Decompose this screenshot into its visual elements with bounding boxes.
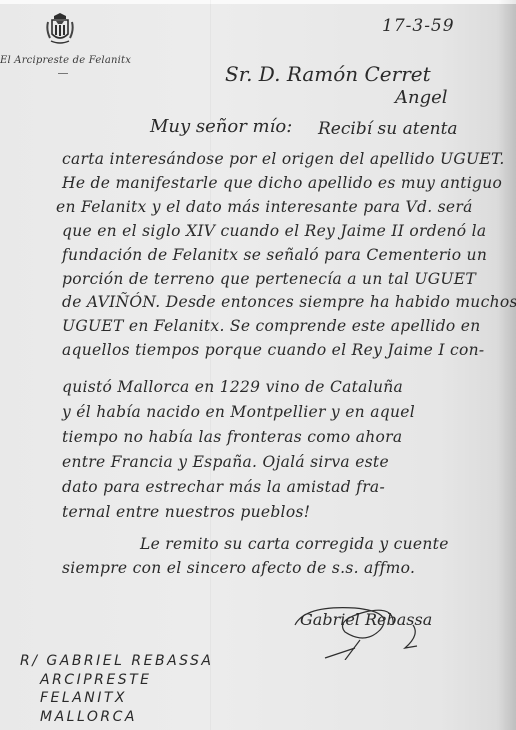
- body-line: entre Francia y España. Ojalá sirva este: [62, 453, 389, 471]
- body-line: UGUET en Felanitx. Se comprende este ape…: [62, 317, 481, 335]
- body-line: carta interesándose por el origen del ap…: [62, 150, 505, 168]
- letter-page: El Arcipreste de Felanitx 17-3-59 Sr. D.…: [0, 0, 516, 730]
- body-line: fundación de Felanitx se señaló para Cem…: [62, 246, 487, 264]
- letterhead-text: El Arcipreste de Felanitx: [0, 55, 131, 66]
- scan-edge-shadow: [498, 0, 516, 730]
- addressee-name: Sr. D. Ramón Cerret: [225, 62, 431, 86]
- paper-fold: [210, 0, 211, 730]
- sender-line: GABRIEL REBASSA: [46, 653, 213, 669]
- sender-block: R/ GABRIEL REBASSA ARCIPRESTE FELANITX M…: [20, 652, 214, 726]
- body-line: He de manifestarle que dicho apellido es…: [62, 174, 502, 192]
- salutation: Muy señor mío:: [150, 116, 292, 137]
- body-line: Recibí su atenta: [318, 119, 458, 139]
- letter-date: 17-3-59: [382, 16, 455, 36]
- body-line: que en el siglo XIV cuando el Rey Jaime …: [62, 222, 486, 240]
- closing-line: Le remito su carta corregida y cuente: [140, 535, 449, 553]
- body-line: quistó Mallorca en 1229 vino de Cataluña: [62, 378, 403, 396]
- body-line: de AVIÑÓN. Desde entonces siempre ha hab…: [62, 293, 516, 311]
- body-line: en Felanitx y el dato más interesante pa…: [56, 198, 473, 216]
- body-line: aquellos tiempos porque cuando el Rey Ja…: [62, 341, 484, 359]
- body-line: porción de terreno que pertenecía a un t…: [62, 270, 476, 288]
- body-line: ternal entre nuestros pueblos!: [62, 503, 310, 521]
- sender-prefix: R/: [20, 653, 39, 669]
- signature: Gabriel Rebassa: [300, 610, 432, 629]
- coat-of-arms-icon: [45, 12, 75, 46]
- sender-line: ARCIPRESTE: [20, 671, 214, 690]
- body-line: dato para estrechar más la amistad fra-: [62, 478, 385, 496]
- sender-line: FELANITX: [20, 689, 214, 708]
- body-line: tiempo no había las fronteras como ahora: [62, 428, 402, 446]
- body-line: y él había nacido en Montpellier y en aq…: [62, 403, 415, 421]
- scan-top-edge: [0, 0, 516, 4]
- signature-flourish: [285, 600, 455, 660]
- closing-line: siempre con el sincero afecto de s.s. af…: [62, 559, 415, 577]
- letterhead-divider: [58, 73, 68, 74]
- sender-line: MALLORCA: [20, 708, 214, 727]
- addressee-city: Angel: [395, 87, 448, 108]
